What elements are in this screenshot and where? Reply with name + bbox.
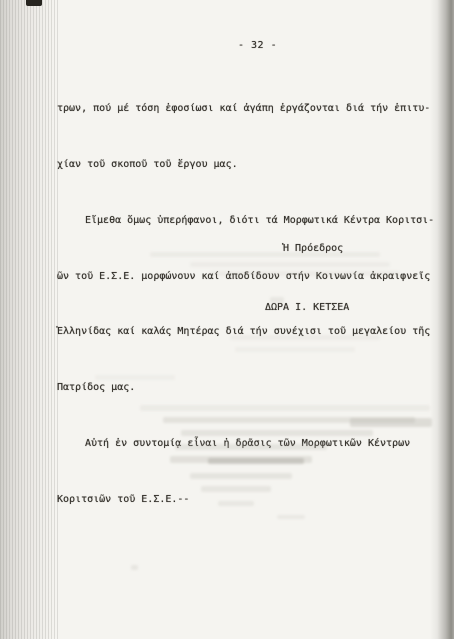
scan-artifact-mark	[26, 0, 42, 6]
book-spine-edge	[0, 0, 58, 639]
page-body: τρων, πού μέ τόση ἐφοσίωσι καί ἀγάπη ἐργ…	[57, 63, 437, 546]
signature-title: Ἡ Πρόεδρος	[265, 239, 349, 259]
text-line: Ἑλληνίδας καί καλάς Μητέρας διά τήν συνέ…	[57, 323, 437, 342]
signature-block: Ἡ Πρόεδρος ΔΩΡΑ Ι. ΚΕΤΣΕΑ	[265, 200, 349, 356]
signature-name: ΔΩΡΑ Ι. ΚΕΤΣΕΑ	[265, 298, 349, 318]
text-line: τρων, πού μέ τόση ἐφοσίωσι καί ἀγάπη ἐργ…	[57, 100, 437, 119]
page-number: - 32 -	[238, 40, 277, 51]
text-line: χίαν τοῦ σκοποῦ τοῦ ἔργου μας.	[57, 156, 437, 175]
bleedthrough-mark	[131, 565, 138, 570]
scanned-book-page: - 32 - τρων, πού μέ τόση ἐφοσίωσι καί ἀγ…	[0, 0, 454, 639]
text-line: Αὐτή ἐν συντομίᾳ εἶναι ἡ δρᾶσις τῶν Μορφ…	[57, 435, 437, 454]
text-line: Εἴμεθα ὅμως ὑπερήφανοι, διότι τά Μορφωτι…	[57, 212, 437, 231]
text-line: Πατρίδος μας.	[57, 379, 437, 398]
text-line: Κοριτσιῶν τοῦ Ε.Σ.Ε.--	[57, 491, 437, 510]
text-line: ῶν τοῦ Ε.Σ.Ε. μορφώνουν καί ἀποδίδουν στ…	[57, 268, 437, 287]
